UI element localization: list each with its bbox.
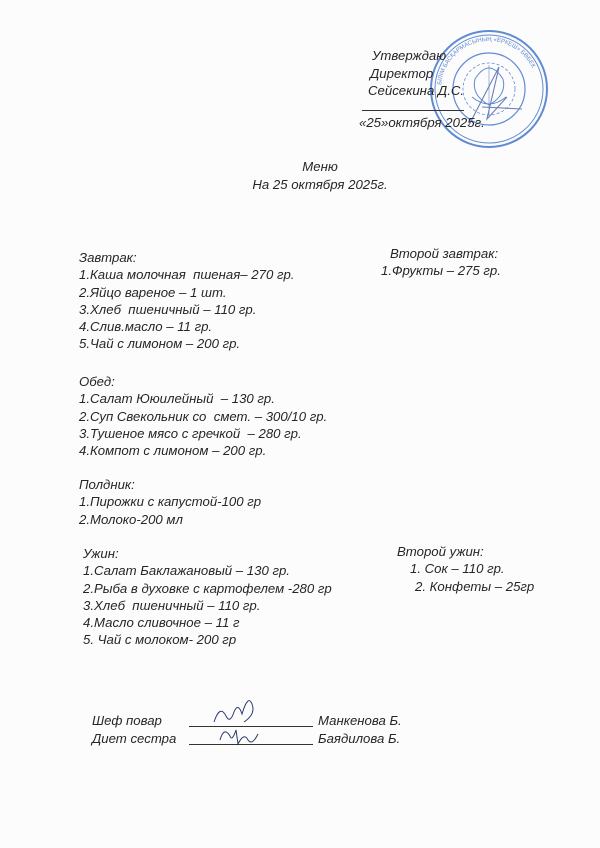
section-title: Второй ужин:	[397, 543, 534, 560]
menu-item: 5. Чай с молоком- 200 гр	[83, 631, 332, 648]
section-title: Полдник:	[79, 476, 261, 493]
signature-role: Шеф повар	[92, 712, 162, 729]
menu-title-block: Меню На 25 октября 2025г.	[0, 158, 600, 193]
approval-block: Утверждаю Директор Сейсекина Д.С.	[368, 47, 464, 100]
approval-heading: Утверждаю	[368, 47, 464, 65]
menu-item: 2.Яйцо вареное – 1 шт.	[79, 284, 294, 301]
menu-item: 2. Конфеты – 25гр	[397, 578, 534, 595]
section-title: Ужин:	[83, 545, 332, 562]
menu-item: 1.Салат Ююилейный – 130 гр.	[79, 390, 327, 407]
menu-item: 4.Масло сливочное – 11 г	[83, 614, 332, 631]
approver-name: Сейсекина Д.С.	[368, 82, 464, 100]
menu-item: 2.Суп Свекольник со смет. – 300/10 гр.	[79, 408, 327, 425]
signatory-name: Манкенова Б.	[318, 712, 402, 729]
menu-item: 4.Компот с лимоном – 200 гр.	[79, 442, 327, 459]
section-title: Обед:	[79, 373, 327, 390]
page-subtitle: На 25 октября 2025г.	[0, 176, 600, 194]
signature-role: Диет сестра	[92, 730, 176, 747]
second-dinner-section: Второй ужин: 1. Сок – 110 гр. 2. Конфеты…	[397, 543, 534, 595]
dinner-section: Ужин: 1.Салат Баклажановый – 130 гр. 2.Р…	[83, 545, 332, 649]
signatory-name: Баядилова Б.	[318, 730, 400, 747]
menu-item: 4.Слив.масло – 11 гр.	[79, 318, 294, 335]
menu-item: 3.Тушеное мясо с гречкой – 280 гр.	[79, 425, 327, 442]
menu-item: 5.Чай с лимоном – 200 гр.	[79, 335, 294, 352]
menu-item: 1.Каша молочная пшеная– 270 гр.	[79, 266, 294, 283]
menu-item: 1.Пирожки с капустой-100 гр	[79, 493, 261, 510]
page-title: Меню	[0, 158, 600, 176]
signatures-block: Шеф повар Манкенова Б. Диет сестра Баяди…	[92, 712, 452, 748]
menu-item: 1.Фрукты – 275 гр.	[381, 262, 501, 279]
menu-item: 3.Хлеб пшеничный – 110 гр.	[79, 301, 294, 318]
approver-position: Директор	[368, 65, 464, 83]
signature-row-chef: Шеф повар Манкенова Б.	[92, 712, 452, 730]
lunch-section: Обед: 1.Салат Ююилейный – 130 гр. 2.Суп …	[79, 373, 327, 459]
signature-line	[189, 744, 313, 745]
menu-item: 3.Хлеб пшеничный – 110 гр.	[83, 597, 332, 614]
menu-item: 2.Молоко-200 мл	[79, 511, 261, 528]
second-breakfast-section: Второй завтрак: 1.Фрукты – 275 гр.	[381, 245, 501, 280]
signature-row-diet-nurse: Диет сестра Баядилова Б.	[92, 730, 452, 748]
breakfast-section: Завтрак: 1.Каша молочная пшеная– 270 гр.…	[79, 249, 294, 353]
menu-item: 1.Салат Баклажановый – 130 гр.	[83, 562, 332, 579]
afternoon-snack-section: Полдник: 1.Пирожки с капустой-100 гр 2.М…	[79, 476, 261, 528]
section-title: Второй завтрак:	[381, 245, 501, 262]
section-title: Завтрак:	[79, 249, 294, 266]
menu-item: 2.Рыба в духовке с картофелем -280 гр	[83, 580, 332, 597]
menu-item: 1. Сок – 110 гр.	[397, 560, 534, 577]
approval-date: «25»октября 2025г.	[359, 114, 485, 131]
approval-signature-line	[362, 110, 464, 111]
